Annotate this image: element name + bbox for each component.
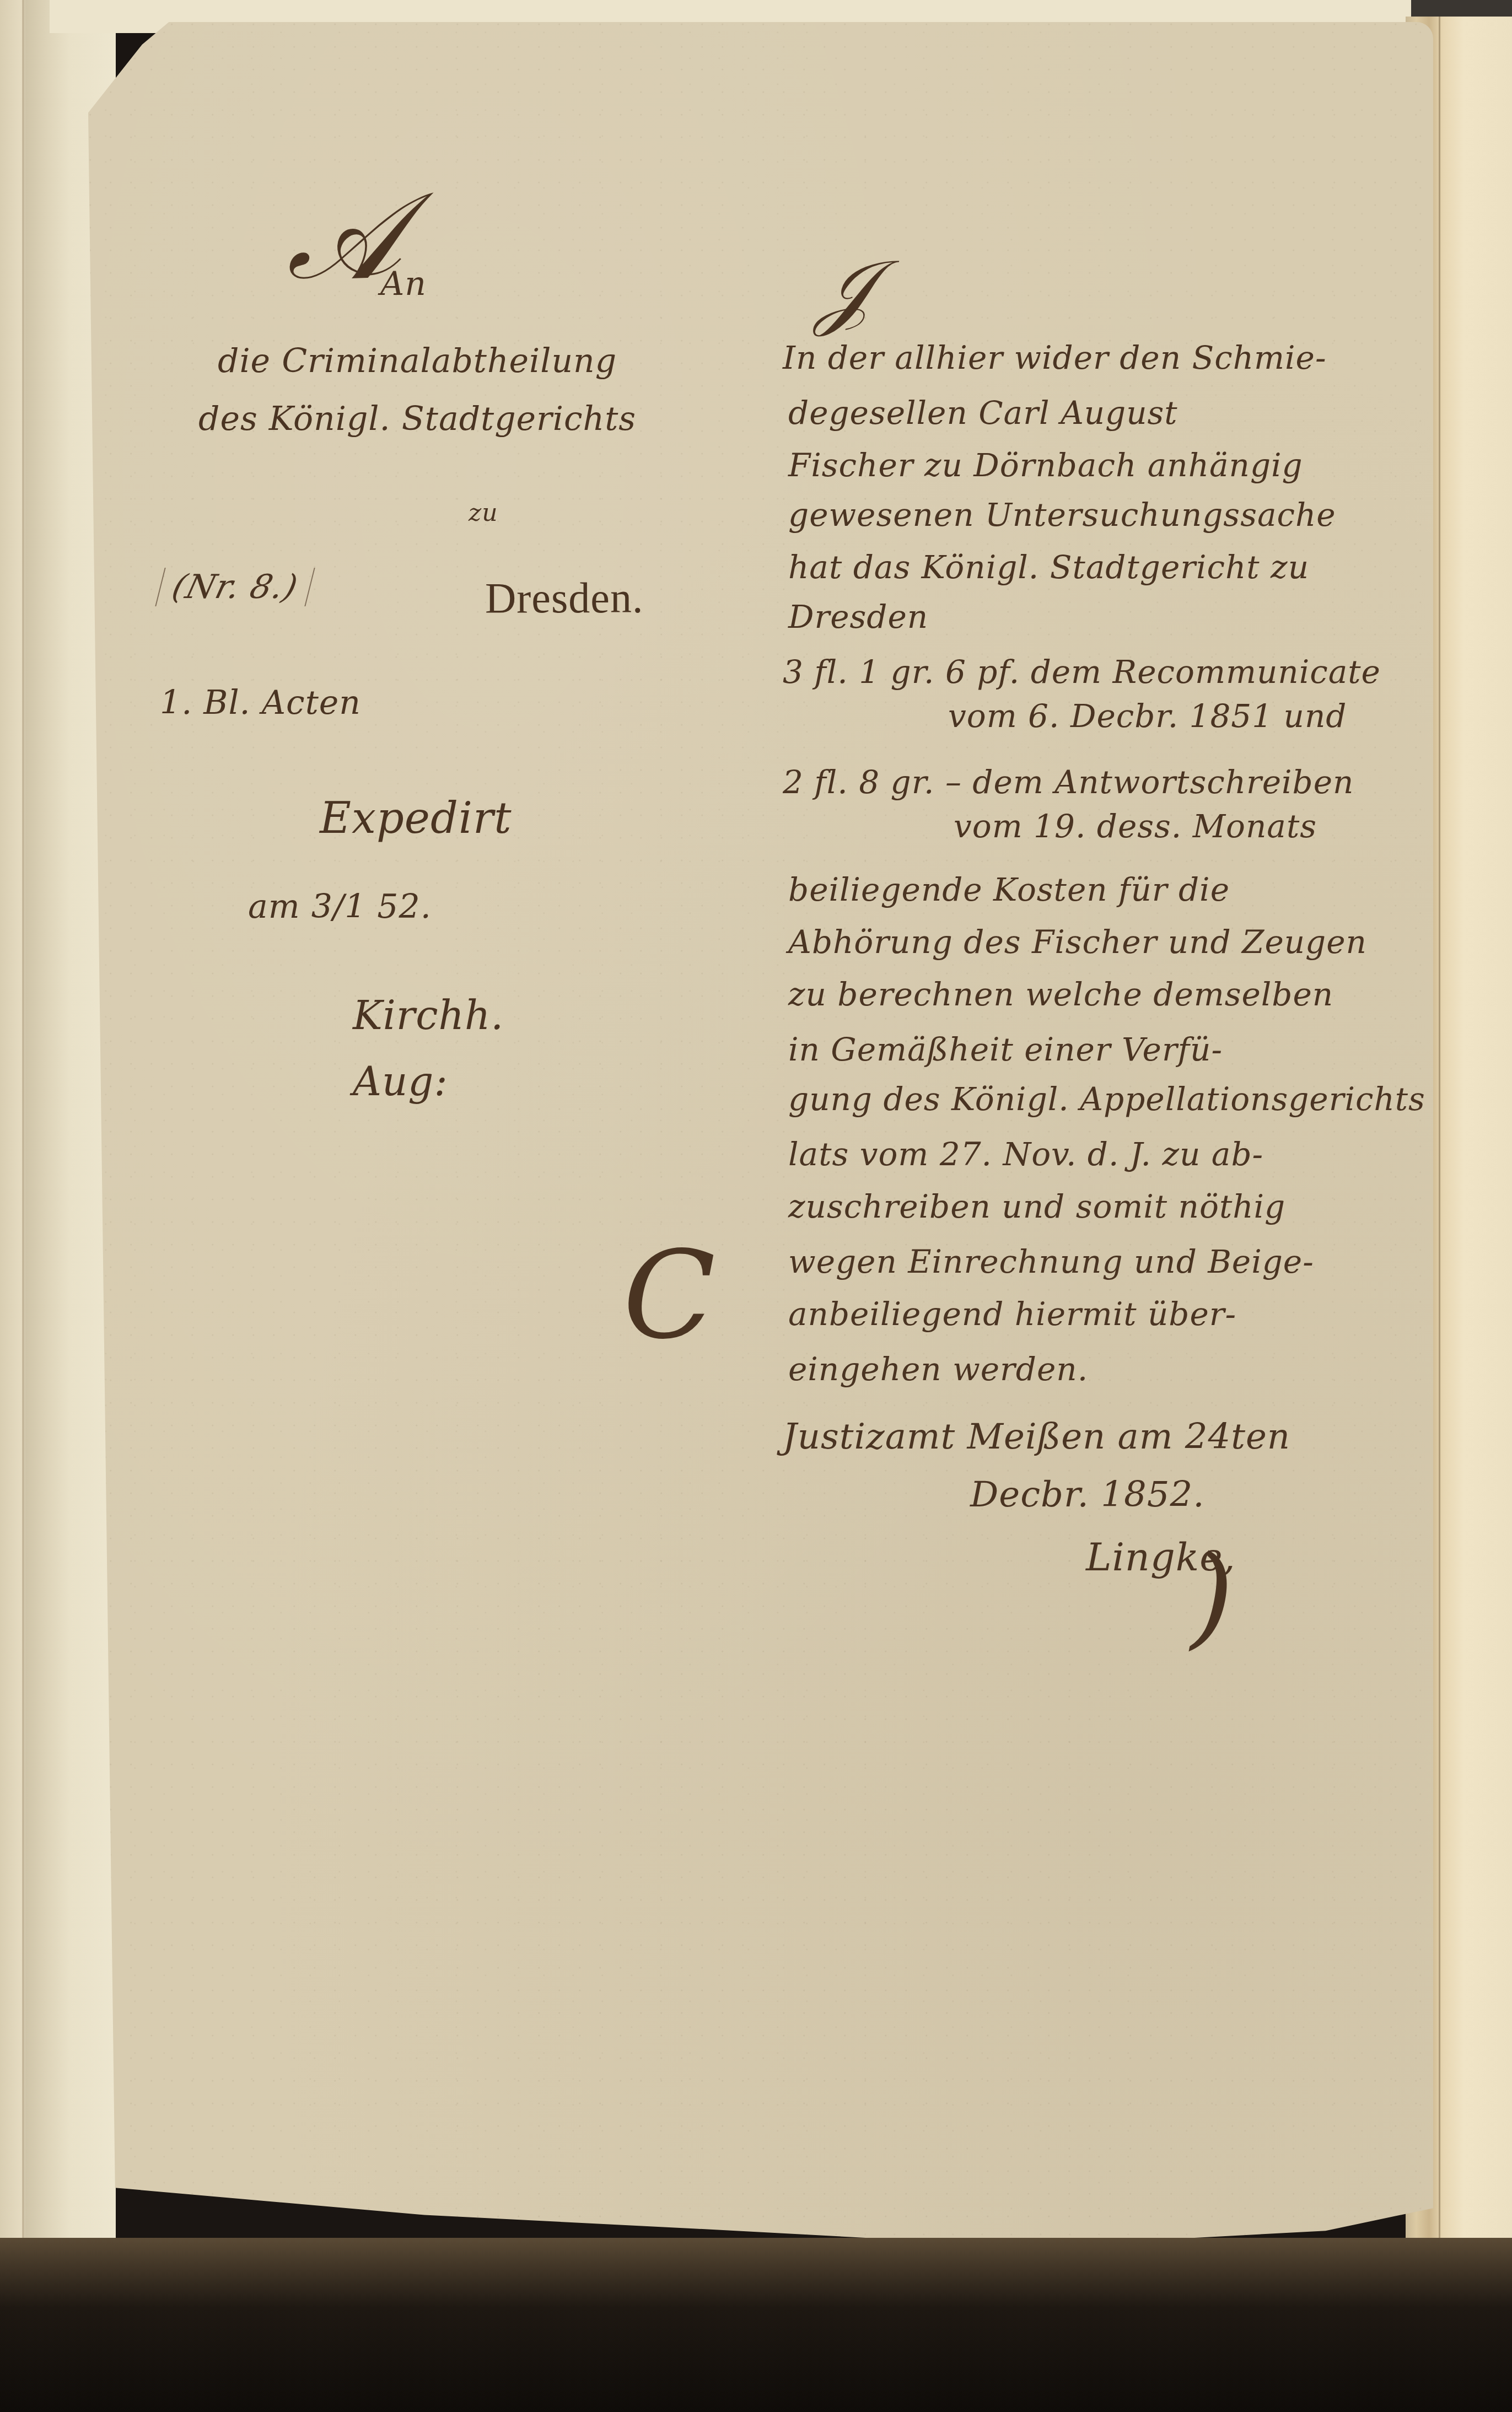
expedited-label: Expedirt: [320, 794, 512, 843]
body-line: gewesenen Untersuchungssache: [788, 499, 1336, 531]
body-line: zu berechnen welche demselben: [788, 978, 1333, 1010]
initials-1: Kirchh.: [353, 992, 504, 1038]
body-line: eingehen werden.: [788, 1353, 1088, 1385]
body-line: in Gemäßheit einer Verfü-: [788, 1033, 1223, 1065]
initials-2: Aug:: [353, 1058, 448, 1105]
place-date-line-2: Decbr. 1852.: [970, 1477, 1204, 1512]
body-line: gung des Königl. Appellationsgerichts: [788, 1083, 1425, 1115]
enclosure-note: 1. Bl. Acten: [160, 683, 361, 722]
body-line: 3 fl. 1 gr. 6 pf. dem Recommunicate: [783, 656, 1381, 688]
recipient-line-1: die Criminalabtheilung: [218, 342, 617, 380]
recipient-preposition: zu: [469, 499, 498, 527]
body-line: 2 fl. 8 gr. – dem Antwortschreiben: [783, 766, 1354, 798]
signature-flourish: ): [1191, 1532, 1234, 1661]
body-line: degesellen Carl August: [788, 397, 1178, 429]
body-line: hat das Königl. Stadtgericht zu: [788, 551, 1309, 583]
body-line: Dresden: [788, 601, 928, 633]
body-initial-flourish: 𝒥: [816, 243, 873, 340]
body-line: lats vom 27. Nov. d. J. zu ab-: [788, 1138, 1263, 1170]
body-line: beiliegende Kosten für die: [788, 874, 1230, 906]
body-line: zuschreiben und somit nöthig: [788, 1191, 1285, 1223]
body-line: anbeiliegend hiermit über-: [788, 1298, 1236, 1330]
body-line: vom 19. dess. Monats: [954, 810, 1317, 842]
place-date-line-1: Justizamt Meißen am 24ten: [783, 1419, 1290, 1455]
expedited-date: am 3/1 52.: [248, 887, 432, 926]
document-number: (Nr. 8.): [155, 568, 315, 606]
salutation: An: [380, 265, 427, 303]
body-line: In der allhier wider den Schmie-: [783, 342, 1326, 374]
body-line: wegen Einrechnung und Beige-: [788, 1246, 1314, 1278]
body-line: vom 6. Decbr. 1851 und: [948, 700, 1347, 732]
bottom-shadow: [0, 2238, 1512, 2412]
recipient-line-2: des Königl. Stadtgerichts: [198, 400, 636, 438]
body-line: Abhörung des Fischer und Zeugen: [788, 926, 1367, 958]
recipient-city: Dresden.: [485, 573, 643, 623]
body-line: Fischer zu Dörnbach anhängig: [788, 449, 1303, 481]
c-flourish-mark: C: [623, 1235, 715, 1356]
